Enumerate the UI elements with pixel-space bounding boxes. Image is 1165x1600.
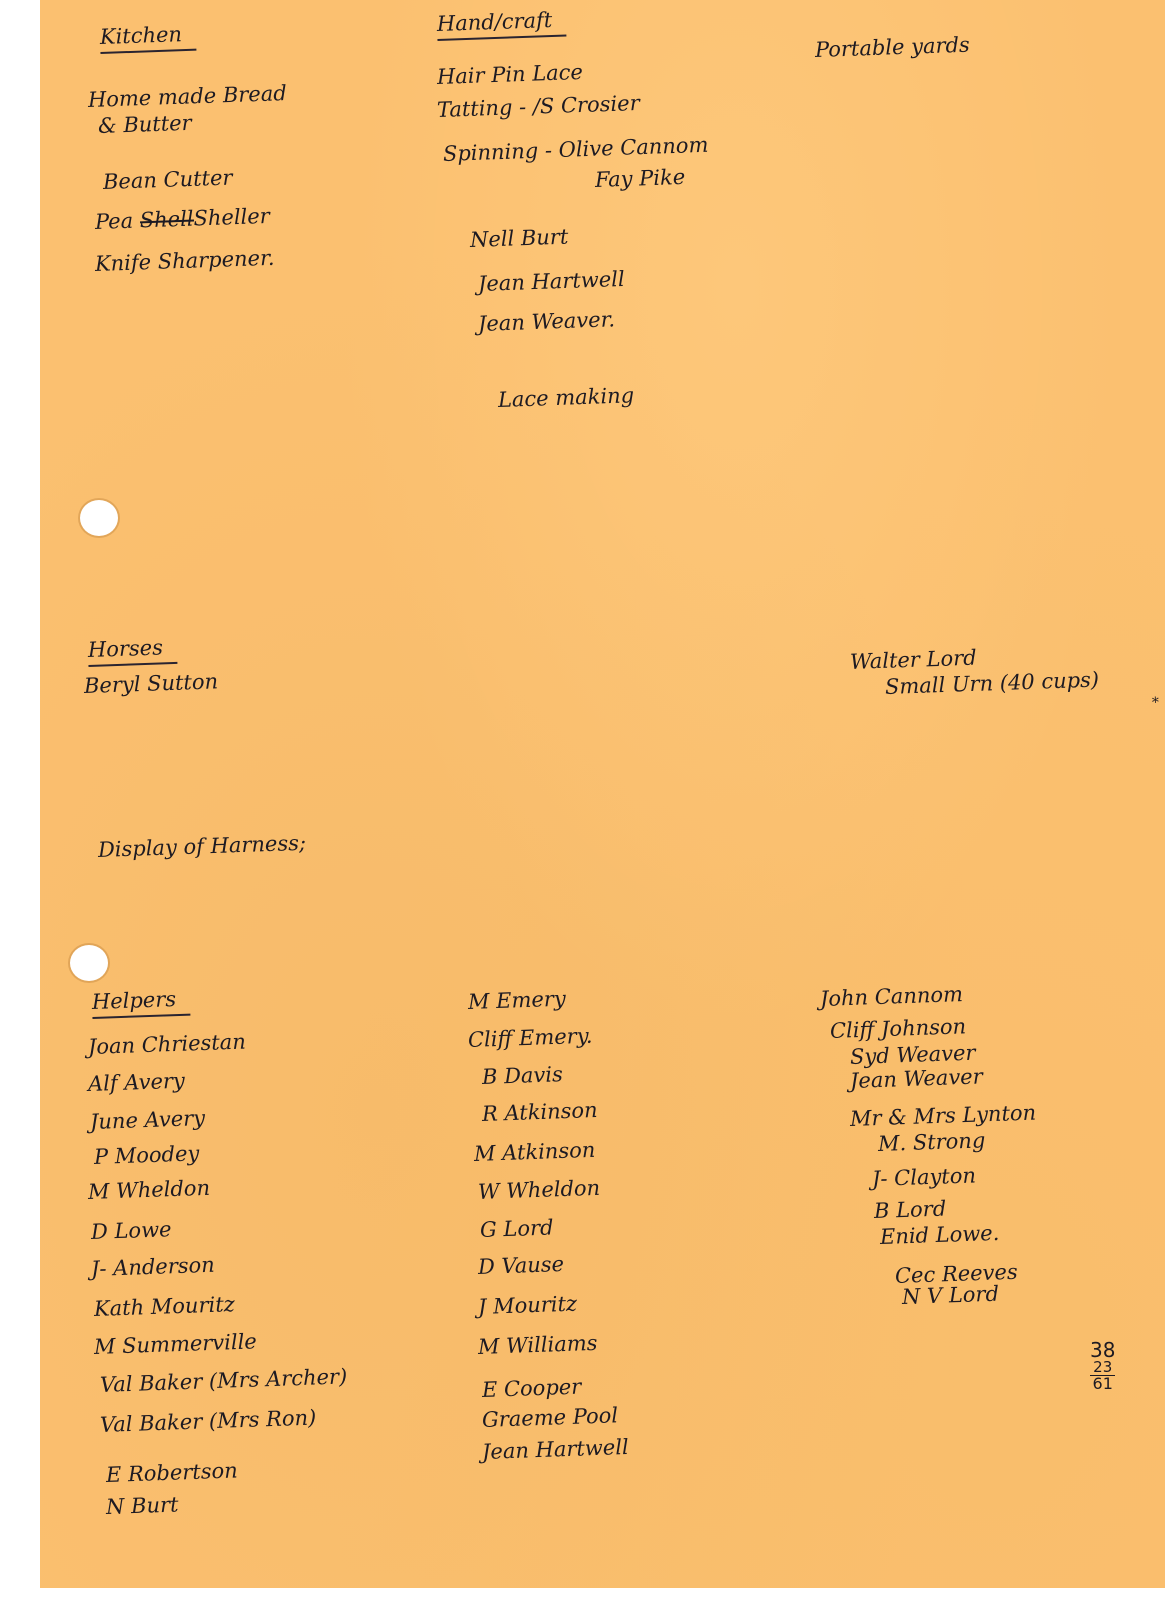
helper-name: M Atkinson — [474, 1138, 596, 1166]
kitchen-item: & Butter — [98, 111, 192, 139]
helper-name: June Avery — [90, 1106, 206, 1134]
helper-name: N V Lord — [902, 1282, 1000, 1309]
helper-name: D Lowe — [91, 1217, 172, 1244]
helper-name: E Robertson — [106, 1458, 239, 1487]
helper-name: M. Strong — [878, 1128, 986, 1156]
tally-a: 38 — [1090, 1340, 1115, 1360]
kitchen-item-pea: Pea — [95, 209, 134, 234]
helper-name: B Lord — [874, 1196, 947, 1223]
handcraft-item: Jean Hartwell — [478, 267, 626, 297]
punch-hole-bottom — [70, 945, 108, 981]
helper-name: Cliff Johnson — [830, 1014, 967, 1043]
helper-name: J- Clayton — [872, 1163, 977, 1191]
horses-item: Beryl Sutton — [84, 669, 219, 699]
handcraft-item: Fay Pike — [595, 165, 686, 193]
helper-name: Kath Mouritz — [94, 1292, 236, 1321]
helper-name: D Vause — [478, 1252, 565, 1279]
handcraft-item: Hair Pin Lace — [437, 60, 584, 90]
handcraft-item: Lace making — [498, 383, 635, 413]
helper-name: M Emery — [468, 987, 567, 1014]
punch-hole-top — [80, 500, 118, 536]
helper-name: B Davis — [482, 1062, 564, 1089]
helper-name: M Wheldon — [88, 1176, 211, 1204]
helper-name: Cliff Emery. — [468, 1024, 593, 1052]
portable-yards-heading: Portable yards — [815, 33, 971, 64]
walter-lord-line: Walter Lord — [850, 646, 977, 676]
horses-heading: Horses — [87, 635, 177, 667]
kitchen-item: Bean Cutter — [103, 165, 233, 195]
helper-name: E Cooper — [482, 1375, 582, 1402]
helper-name: Enid Lowe. — [880, 1221, 1000, 1249]
kitchen-heading: Kitchen — [99, 22, 196, 55]
helpers-heading: Helpers — [91, 987, 190, 1020]
struck-out-word: Shell — [139, 207, 194, 233]
helper-name: J- Anderson — [91, 1253, 215, 1281]
handcraft-item: Nell Burt — [470, 225, 569, 254]
helper-name: M Williams — [478, 1331, 598, 1359]
handcraft-item: Jean Weaver. — [478, 307, 616, 337]
helper-name: W Wheldon — [478, 1176, 601, 1204]
helper-name: J Mouritz — [478, 1292, 578, 1319]
handcraft-heading: Hand/craft — [436, 7, 566, 41]
tally-sum: 38 23 61 — [1090, 1340, 1115, 1392]
helper-name: Alf Avery — [88, 1069, 186, 1096]
helper-name: G Lord — [480, 1215, 554, 1242]
tally-b: 23 — [1090, 1360, 1115, 1375]
helper-name: John Cannom — [820, 982, 964, 1011]
asterisk-mark: * — [1152, 695, 1160, 712]
helper-name: N Burt — [106, 1492, 179, 1519]
tally-total: 61 — [1090, 1375, 1115, 1392]
helper-name: R Atkinson — [482, 1098, 598, 1126]
kitchen-item-sheller: Sheller — [193, 204, 270, 231]
helper-name: P Moodey — [94, 1141, 200, 1169]
helper-name: Jean Hartwell — [482, 1435, 629, 1464]
helper-name: Jean Weaver — [850, 1064, 983, 1093]
helper-name: Graeme Pool — [482, 1403, 619, 1432]
